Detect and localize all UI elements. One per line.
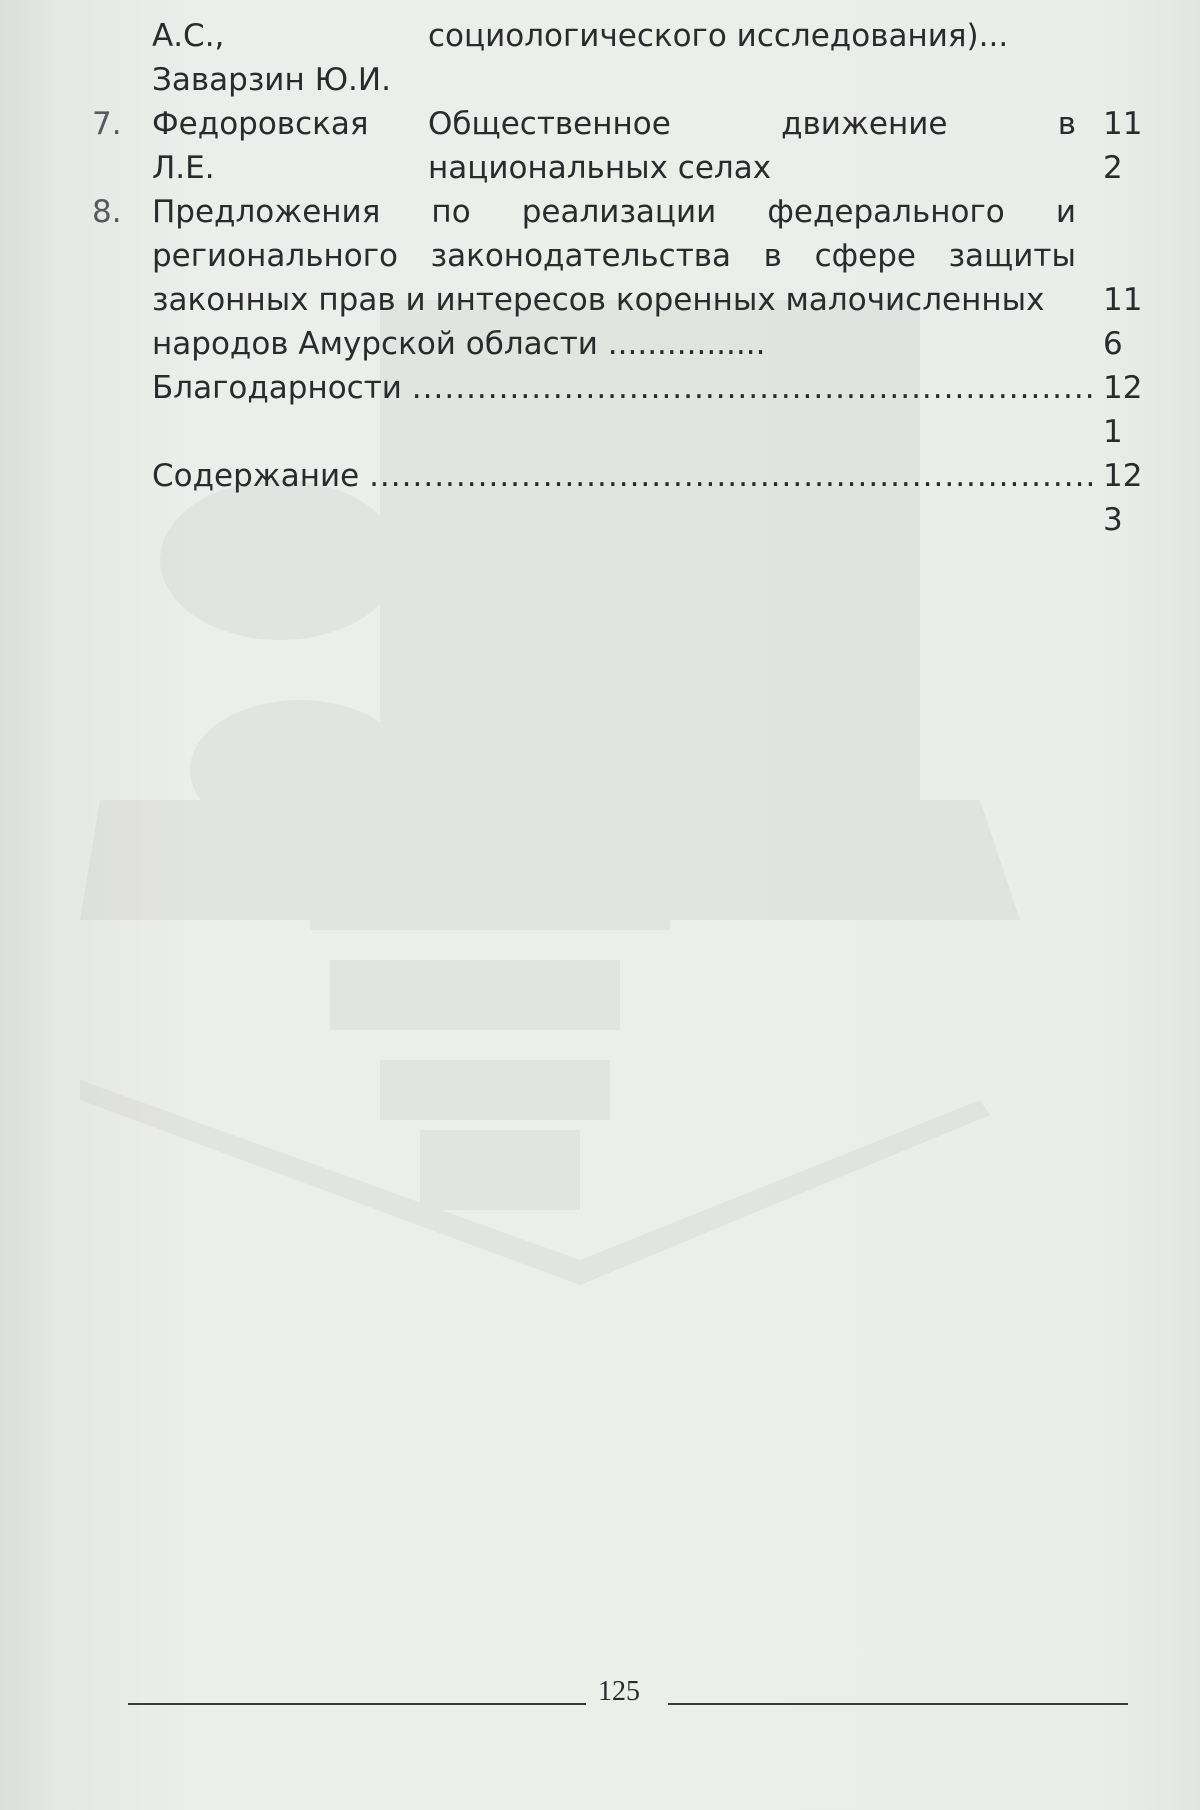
toc-item-number: 7. xyxy=(92,106,122,142)
toc-author-line: Заварзин Ю.И. xyxy=(152,62,391,98)
toc-word: в xyxy=(764,238,782,274)
toc-title: Благодарности xyxy=(152,370,402,406)
toc-dot-leader: ........................................… xyxy=(412,370,1096,406)
toc-word: защиты xyxy=(949,238,1076,274)
toc-title-line[interactable]: Общественное движение в xyxy=(428,106,1076,142)
toc-entry-contents[interactable]: Содержание .............................… xyxy=(152,458,1096,494)
page-number: 125 xyxy=(598,1676,640,1708)
toc-word: сфере xyxy=(815,238,916,274)
footer-rule-left xyxy=(128,1703,586,1705)
toc-word: Общественное xyxy=(428,106,671,142)
toc-title-line[interactable]: Предложения по реализации федерального и xyxy=(152,194,1076,230)
toc-dot-leader: ........................................… xyxy=(369,458,1096,494)
toc-title: Содержание xyxy=(152,458,359,494)
toc-word: в xyxy=(1058,106,1076,142)
reverse-side-bleed-through-graphic xyxy=(80,300,1040,1600)
toc-word: по xyxy=(431,194,470,230)
toc-entry-acknowledgements[interactable]: Благодарности ..........................… xyxy=(152,370,1096,406)
toc-word: Предложения xyxy=(152,194,380,230)
toc-page-number: 11 xyxy=(1103,106,1142,142)
toc-word: законодательства xyxy=(431,238,731,274)
toc-title-line[interactable]: законных прав и интересов коренных малоч… xyxy=(152,282,1044,318)
toc-title-line[interactable]: социологического исследования)... xyxy=(428,18,1008,54)
toc-title-line[interactable]: регионального законодательства в сфере з… xyxy=(152,238,1076,274)
toc-word: и xyxy=(1056,194,1076,230)
toc-item-number: 8. xyxy=(92,194,122,230)
toc-word: регионального xyxy=(152,238,398,274)
toc-title-line[interactable]: национальных селах xyxy=(428,150,771,186)
toc-author-line: А.С., xyxy=(152,18,224,54)
footer-rule-right xyxy=(668,1703,1128,1705)
toc-page-number: 6 xyxy=(1103,326,1123,362)
toc-page-number: 12 xyxy=(1103,370,1142,406)
toc-page-number: 1 xyxy=(1103,414,1123,450)
toc-author-line: Л.Е. xyxy=(152,150,215,186)
toc-page-number: 2 xyxy=(1103,150,1123,186)
toc-page-number: 3 xyxy=(1103,502,1123,538)
toc-word: движение xyxy=(781,106,947,142)
toc-author-line: Федоровская xyxy=(152,106,369,142)
toc-page-number: 12 xyxy=(1103,458,1142,494)
toc-word: федерального xyxy=(767,194,1004,230)
toc-title-line[interactable]: народов Амурской области ...............… xyxy=(152,326,765,362)
toc-word: реализации xyxy=(522,194,717,230)
toc-page-number: 11 xyxy=(1103,282,1142,318)
